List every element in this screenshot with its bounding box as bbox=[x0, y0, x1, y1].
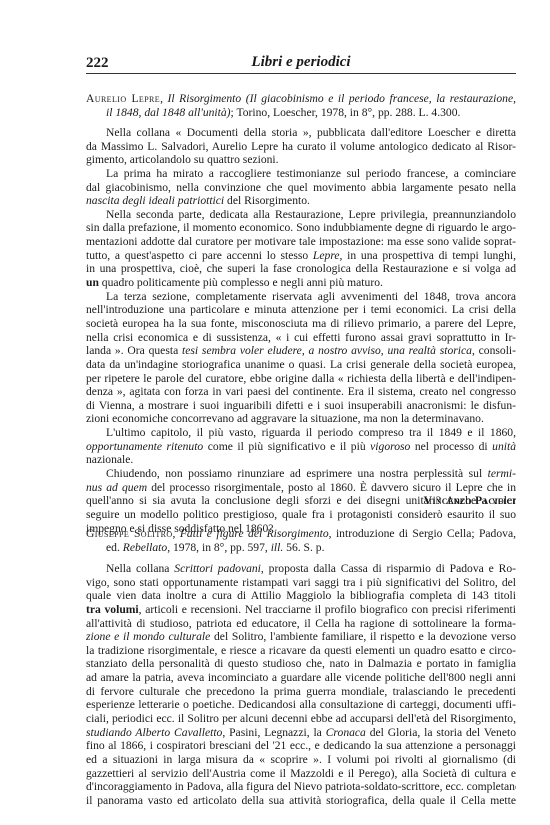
text-run: data da un'indagine storiografica unanim… bbox=[86, 358, 516, 371]
text-run: , in una prospettiva di tempi lunghi, bbox=[340, 249, 516, 262]
italic-run: Il Risorgimento (Il giacobinismo e il pe… bbox=[168, 92, 516, 105]
text-line: Nella collana « Documenti della storia »… bbox=[86, 126, 516, 140]
text-run: , 1978, in 8°, pp. 597, bbox=[167, 541, 271, 554]
italic-run: tesi bbox=[182, 344, 198, 357]
text-line: il panorama vasto ed articolato della su… bbox=[86, 794, 516, 808]
italic-run: il 1848, dal 1848 all'unità) bbox=[106, 106, 231, 119]
text-line: Chiudendo, non possiamo rinunziare ad es… bbox=[86, 467, 516, 481]
text-run: da Massimo L. Salvadori, Aurelio Lepre h… bbox=[86, 140, 516, 153]
italic-run: Rebellato bbox=[123, 541, 167, 554]
text-line: ed. Rebellato, 1978, in 8°, pp. 597, ill… bbox=[86, 541, 516, 555]
text-run: landa ». Ora questa bbox=[86, 344, 182, 357]
text-run: tutto, a quest'aspetto ci pare accenni l… bbox=[86, 249, 313, 262]
document-page: 222 Libri e periodici Aurelio Lepre, Il … bbox=[0, 0, 550, 825]
text-run: ciali, periodici ecc. il Solitro per alc… bbox=[86, 712, 516, 725]
text-line: d'incoraggiamento in Padova, alla figura… bbox=[86, 780, 516, 794]
text-line: la tradizione risorgimentale, e riesce a… bbox=[86, 644, 516, 658]
text-run: seguire un modello politico prestigioso,… bbox=[86, 508, 516, 521]
text-line: nus ad quem del processo risorgimentale,… bbox=[86, 481, 516, 495]
italic-run: Scrittori padovani bbox=[174, 562, 261, 575]
text-line: tutto, a quest'aspetto ci pare accenni l… bbox=[86, 249, 516, 263]
text-line: il 1848, dal 1848 all'unità); Torino, Lo… bbox=[86, 106, 516, 120]
text-line: data da un'indagine storiografica unanim… bbox=[86, 358, 516, 372]
italic-run: opportunamente ritenuto bbox=[86, 440, 203, 453]
text-line: società europea ha la sua fonte, miscono… bbox=[86, 317, 516, 331]
review-1-signature: Vincenzo Pacifici bbox=[86, 494, 516, 508]
text-line: Aurelio Lepre, Il Risorgimento (Il giaco… bbox=[86, 92, 516, 106]
review-1-citation: Aurelio Lepre, Il Risorgimento (Il giaco… bbox=[86, 92, 516, 119]
text-line: landa ». Ora questa tesi sembra voler el… bbox=[86, 344, 516, 358]
italic-run: studiando Alberto Cavalletto bbox=[86, 726, 222, 739]
text-line: fino al 1866, i cospiratori bresciani de… bbox=[86, 739, 516, 753]
text-line: in una prospettiva, cioè, che superi la … bbox=[86, 262, 516, 276]
text-run: di fervore culturale che precedono la pr… bbox=[86, 685, 516, 698]
review-2-body: Nella collana Scrittori padovani, propos… bbox=[86, 562, 516, 808]
text-run: 56. S. p. bbox=[283, 541, 324, 554]
italic-run: nus ad quem bbox=[86, 481, 147, 494]
text-run: nazionale. bbox=[86, 453, 133, 466]
text-line: nella crisi economica e di sussistenza, … bbox=[86, 331, 516, 345]
review-1-body: Nella collana « Documenti della storia »… bbox=[86, 126, 516, 535]
text-line: nell'introduzione una particolare e minu… bbox=[86, 303, 516, 317]
text-line: studiando Alberto Cavalletto, Pasini, Le… bbox=[86, 726, 516, 740]
text-run: di Vienna, a mostrare i suoi inguaribili… bbox=[86, 399, 516, 412]
text-run: del Gloria, la storia del Veneto bbox=[366, 726, 516, 739]
text-line: opportunamente ritenuto come il più sign… bbox=[86, 440, 516, 454]
text-line: L'ultimo capitolo, il più vasto, riguard… bbox=[86, 426, 516, 440]
text-line: La terza sezione, completamente riservat… bbox=[86, 290, 516, 304]
text-line: dal giacobinismo, nella convinzione che … bbox=[86, 181, 516, 195]
text-run: denza », agitata con forza in vari paesi… bbox=[86, 385, 516, 398]
bold-run: un bbox=[86, 276, 99, 289]
text-run: , proposta dalla Cassa di risparmio di P… bbox=[261, 562, 516, 575]
text-line: Giuseppe Solitro, Fatti e figure del Ris… bbox=[86, 527, 516, 541]
text-run: zioni economiche concorrevano ad aggrava… bbox=[86, 412, 484, 425]
text-run: Chiudendo, non possiamo rinunziare ad es… bbox=[106, 467, 488, 480]
text-run: , bbox=[173, 527, 180, 540]
bold-run: tra volumi bbox=[86, 603, 139, 616]
text-line: zioni economiche concorrevano ad aggrava… bbox=[86, 412, 516, 426]
text-run: il panorama vasto ed articolato della su… bbox=[86, 794, 516, 807]
text-run: Nella collana bbox=[106, 562, 174, 575]
italic-run: Fatti e figure del Risorgimento bbox=[180, 527, 329, 540]
text-run: quadro politicamente più complesso e neg… bbox=[99, 276, 383, 289]
text-run: in una prospettiva, cioè, che superi la … bbox=[86, 262, 516, 275]
text-run: Nella seconda parte, dedicata alla Resta… bbox=[106, 208, 516, 221]
text-run: nell'introduzione una particolare e minu… bbox=[86, 303, 516, 316]
review-2-citation: Giuseppe Solitro, Fatti e figure del Ris… bbox=[86, 527, 516, 554]
running-title: Libri e periodici bbox=[86, 54, 516, 71]
text-line: ed a situazioni in larga misura da « sco… bbox=[86, 753, 516, 767]
text-run: del Risorgimento. bbox=[227, 194, 310, 207]
page-header: 222 Libri e periodici bbox=[86, 55, 516, 74]
text-line: un quadro politicamente più complesso e … bbox=[86, 276, 516, 290]
text-run: esperienze letterarie o poetiche. Dedica… bbox=[86, 698, 516, 711]
text-line: Nella collana Scrittori padovani, propos… bbox=[86, 562, 516, 576]
text-line: per ripetere le parole del curatore, ebb… bbox=[86, 372, 516, 386]
italic-run: nascita degli ideali patriottici bbox=[86, 194, 227, 207]
italic-run: Lepre bbox=[313, 249, 340, 262]
text-run: mentazioni addotte dal curatore per moti… bbox=[86, 235, 516, 248]
text-run: d'incoraggiamento in Padova, alla figura… bbox=[86, 780, 516, 793]
text-run: ed. bbox=[106, 541, 123, 554]
text-line: mentazioni addotte dal curatore per moti… bbox=[86, 235, 516, 249]
italic-run: vigoroso bbox=[370, 440, 410, 453]
text-line: all'attività di studioso, patriota ed ed… bbox=[86, 617, 516, 631]
text-run: , consoli- bbox=[472, 344, 516, 357]
text-line: gimento, articolandolo su quattro sezion… bbox=[86, 153, 516, 167]
text-run: del Solitro, l'ambiente familiare, il ri… bbox=[210, 630, 516, 643]
text-line: sin dalla prefazione, il momento economi… bbox=[86, 221, 516, 235]
author-name: Aurelio Lepre bbox=[86, 92, 160, 105]
text-line: ad amare la patria, aveva incominciato a… bbox=[86, 671, 516, 685]
text-line: quale vien data inoltre a cura di Attili… bbox=[86, 589, 516, 603]
text-run: gazzettieri al servizio dell'Austria com… bbox=[86, 767, 516, 780]
text-run: ad amare la patria, aveva incominciato a… bbox=[86, 671, 516, 684]
text-line: nazionale. bbox=[86, 453, 516, 467]
text-run: gimento, articolandolo su quattro sezion… bbox=[86, 153, 279, 166]
text-run: come il più significativo e il più bbox=[203, 440, 370, 453]
text-line: esperienze letterarie o poetiche. Dedica… bbox=[86, 698, 516, 712]
text-run: La terza sezione, completamente riservat… bbox=[106, 290, 516, 303]
text-run: la tradizione risorgimentale, e riesce a… bbox=[86, 644, 516, 657]
italic-run: zione e il mondo culturale bbox=[86, 630, 210, 643]
text-run: , articoli e recensioni. Nel tracciarne … bbox=[139, 603, 516, 616]
text-run: vigo, sono stati opportunamente ristampa… bbox=[86, 576, 516, 589]
text-run: , Pasini, Legnazzi, la bbox=[222, 726, 325, 739]
italic-run: Cronaca bbox=[326, 726, 366, 739]
text-line: zione e il mondo culturale del Solitro, … bbox=[86, 630, 516, 644]
text-line: vigo, sono stati opportunamente ristampa… bbox=[86, 576, 516, 590]
text-run: ed a situazioni in larga misura da « sco… bbox=[86, 753, 516, 766]
text-run: per ripetere le parole del curatore, ebb… bbox=[86, 372, 516, 385]
author-name: Giuseppe Solitro bbox=[86, 527, 173, 540]
text-run: , bbox=[160, 92, 167, 105]
reviewer-signature: Vincenzo Pacifici bbox=[86, 494, 516, 508]
text-run: , introduzione di Sergio Cella; Padova, bbox=[329, 527, 516, 540]
text-run: fino al 1866, i cospiratori bresciani de… bbox=[86, 739, 516, 752]
text-line: gazzettieri al servizio dell'Austria com… bbox=[86, 767, 516, 781]
text-run: nella crisi economica e di sussistenza, … bbox=[86, 331, 516, 344]
text-line: di Vienna, a mostrare i suoi inguaribili… bbox=[86, 399, 516, 413]
italic-run: ill. bbox=[271, 541, 284, 554]
text-line: Nella seconda parte, dedicata alla Resta… bbox=[86, 208, 516, 222]
text-line: tra volumi, articoli e recensioni. Nel t… bbox=[86, 603, 516, 617]
text-run: del processo risorgimentale, posto al 18… bbox=[147, 481, 516, 494]
text-line: seguire un modello politico prestigioso,… bbox=[86, 508, 516, 522]
text-run: società europea ha la sua fonte, miscono… bbox=[86, 317, 516, 330]
text-line: La prima ha mirato a raccogliere testimo… bbox=[86, 167, 516, 181]
text-run: La prima ha mirato a raccogliere testimo… bbox=[106, 167, 516, 180]
text-run: sin dalla prefazione, il momento economi… bbox=[86, 221, 516, 234]
text-run: L'ultimo capitolo, il più vasto, riguard… bbox=[106, 426, 516, 439]
text-line: da Massimo L. Salvadori, Aurelio Lepre h… bbox=[86, 140, 516, 154]
text-line: ciali, periodici ecc. il Solitro per alc… bbox=[86, 712, 516, 726]
italic-run: una realtà storica bbox=[387, 344, 471, 357]
italic-run: termi- bbox=[488, 467, 516, 480]
text-run: dal giacobinismo, nella convinzione che … bbox=[86, 181, 516, 194]
text-run: all'attività di studioso, patriota ed ed… bbox=[86, 617, 516, 630]
text-run: nel processo di bbox=[410, 440, 492, 453]
text-line: nascita degli ideali patriottici del Ris… bbox=[86, 194, 516, 208]
text-run: ; Torino, Loescher, 1978, in 8°, pp. 288… bbox=[231, 106, 461, 119]
text-line: di fervore culturale che precedono la pr… bbox=[86, 685, 516, 699]
text-line: stanziato della personalità di questo st… bbox=[86, 657, 516, 671]
text-run: stanziato della personalità di questo st… bbox=[86, 657, 516, 670]
italic-run: unità bbox=[492, 440, 516, 453]
text-line: denza », agitata con forza in vari paesi… bbox=[86, 385, 516, 399]
text-run: quale vien data inoltre a cura di Attili… bbox=[86, 589, 516, 602]
italic-run: sembra voler eludere, a nostro avviso, bbox=[198, 344, 387, 357]
text-run: Nella collana « Documenti della storia »… bbox=[106, 126, 516, 139]
